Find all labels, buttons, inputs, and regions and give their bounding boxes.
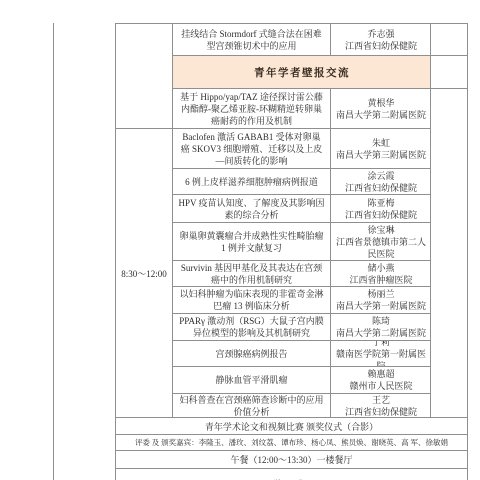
session-row: 静脉血管平滑肌瘤赖惠超赣州市人民医院 bbox=[173, 367, 431, 394]
host-column bbox=[430, 24, 468, 417]
presenter-name: 陈亚梅 bbox=[367, 197, 394, 209]
session-presenter: 乔志强江西省妇幼保健院 bbox=[331, 24, 431, 55]
time-range: 8:30～12:00 bbox=[116, 129, 172, 417]
presenter-name: 涂云霞 bbox=[367, 170, 394, 182]
next-section-partial-row: 学 术 bbox=[116, 468, 467, 480]
session-title: Baclofen 激活 GABAB1 受体对卵巢癌 SKOV3 细胞增殖、迁移以… bbox=[173, 129, 331, 168]
presenter-name: 黄根华 bbox=[367, 97, 394, 109]
session-row: 卵巢卵黄囊瘤合并成熟性实性畸胎瘤 1 例并文献复习徐宝琳江西省景德镇市第二人民医… bbox=[173, 223, 431, 261]
time-column: 8:30～12:00 bbox=[116, 24, 173, 417]
session-row: 6 例上皮样滋养细胞肿瘤病例报道涂云霞江西省妇幼保健院 bbox=[173, 169, 431, 195]
presenter-affiliation: 南昌大学第二附属医院 bbox=[336, 327, 426, 339]
session-row: PPARγ 激动剂（RSG）大鼠子宫内膜异位模型的影响及其机制研究陈琦南昌大学第… bbox=[173, 314, 431, 341]
presenter-affiliation: 赣南医学院第一附属医院 bbox=[333, 348, 429, 368]
presenter-affiliation: 江西省妇幼保健院 bbox=[345, 40, 417, 52]
session-title: 以妇科肿瘤为临床表现的非霍奇金淋巴瘤 13 例临床分析 bbox=[173, 287, 331, 313]
session-presenter: 储小燕江西省肿瘤医院 bbox=[331, 261, 431, 286]
poster-session-banner: 青年学者壁报交流 bbox=[173, 56, 431, 89]
presenter-affiliation: 江西省肿瘤医院 bbox=[349, 274, 412, 286]
session-presenter: 宁莉赣南医学院第一附属医院 bbox=[331, 341, 431, 366]
time-cell-empty bbox=[116, 24, 172, 129]
program-page: 8:30～12:00 挂线结合 Stormdorf 式缝合法在困难型宫颈锥切术中… bbox=[0, 0, 480, 480]
session-row: 基于 Hippo/yap/TAZ 途径探讨雷公藤内酯醇-聚乙烯亚胺-环糊精逆转卵… bbox=[173, 89, 431, 129]
session-row: Baclofen 激活 GABAB1 受体对卵巢癌 SKOV3 细胞增殖、迁移以… bbox=[173, 129, 431, 169]
presenter-affiliation: 江西省妇幼保健院 bbox=[345, 209, 417, 221]
session-presenter: 陈琦南昌大学第二附属医院 bbox=[331, 314, 431, 340]
session-title: 妇科普查在宫颈癌筛查诊断中的应用价值分析 bbox=[173, 394, 331, 417]
session-presenter: 徐宝琳江西省景德镇市第二人民医院 bbox=[331, 223, 431, 260]
awards-ceremony-row: 青年学术论文和视频比赛 颁奖仪式（合影） bbox=[116, 418, 467, 434]
presenter-name: 陈琦 bbox=[372, 315, 390, 327]
poster-session-banner-label: 青年学者壁报交流 bbox=[254, 65, 350, 80]
session-title: 宫颈腺癌病例报告 bbox=[173, 341, 331, 366]
session-row: Survivin 基因甲基化及其表达在宫颈癌中的作用机制研究储小燕江西省肿瘤医院 bbox=[173, 261, 431, 287]
footer-rows: 青年学术论文和视频比赛 颁奖仪式（合影） 评委 及 颁奖嘉宾：李隆玉、潘玫、刘纹… bbox=[116, 417, 467, 480]
presenter-name: 徐宝琳 bbox=[367, 224, 394, 236]
content-rows: 挂线结合 Stormdorf 式缝合法在困难型宫颈锥切术中的应用乔志强江西省妇幼… bbox=[173, 24, 431, 417]
presenter-affiliation: 江西省妇幼保健院 bbox=[345, 406, 417, 418]
host-cell-empty bbox=[431, 24, 468, 56]
presenter-name: 朱虹 bbox=[372, 137, 390, 149]
session-title: 卵巢卵黄囊瘤合并成熟性实性畸胎瘤 1 例并文献复习 bbox=[173, 223, 331, 260]
date-column bbox=[53, 23, 115, 480]
presenter-affiliation: 赣州市人民医院 bbox=[349, 380, 412, 392]
session-row: 宫颈腺癌病例报告宁莉赣南医学院第一附属医院 bbox=[173, 341, 431, 367]
session-presenter: 赖惠超赣州市人民医院 bbox=[331, 367, 431, 393]
session-row: HPV 疫苗认知度、了解度及其影响因素的综合分析陈亚梅江西省妇幼保健院 bbox=[173, 195, 431, 223]
session-row: 妇科普查在宫颈癌筛查诊断中的应用价值分析王艺江西省妇幼保健院 bbox=[173, 394, 431, 417]
presenter-name: 储小燕 bbox=[367, 262, 394, 274]
session-presenter: 陈亚梅江西省妇幼保健院 bbox=[331, 195, 431, 222]
session-presenter: 黄根华南昌大学第二附属医院 bbox=[331, 89, 431, 128]
judges-row: 评委 及 颁奖嘉宾：李隆玉、潘玫、刘纹荔、谭布珍、杨心凤、熊员焕、谢晓英、高 军… bbox=[116, 434, 467, 450]
presenter-name: 王艺 bbox=[372, 394, 390, 406]
host-cell-empty bbox=[431, 56, 468, 89]
presenter-name: 赖惠超 bbox=[367, 368, 394, 380]
session-title: PPARγ 激动剂（RSG）大鼠子宫内膜异位模型的影响及其机制研究 bbox=[173, 314, 331, 340]
session-row: 挂线结合 Stormdorf 式缝合法在困难型宫颈锥切术中的应用乔志强江西省妇幼… bbox=[173, 24, 431, 56]
presenter-affiliation: 江西省妇幼保健院 bbox=[345, 182, 417, 194]
session-title: HPV 疫苗认知度、了解度及其影响因素的综合分析 bbox=[173, 195, 331, 222]
session-title: 6 例上皮样滋养细胞肿瘤病例报道 bbox=[173, 169, 331, 194]
presenter-name: 乔志强 bbox=[367, 28, 394, 40]
presenter-name: 杨丽兰 bbox=[367, 288, 394, 300]
presenter-affiliation: 南昌大学第一附属医院 bbox=[336, 300, 426, 312]
session-presenter: 杨丽兰南昌大学第一附属医院 bbox=[331, 287, 431, 313]
program-table: 8:30～12:00 挂线结合 Stormdorf 式缝合法在困难型宫颈锥切术中… bbox=[115, 23, 468, 480]
session-title: 挂线结合 Stormdorf 式缝合法在困难型宫颈锥切术中的应用 bbox=[173, 24, 331, 55]
session-presenter: 王艺江西省妇幼保健院 bbox=[331, 394, 431, 417]
presenter-affiliation: 南昌大学第二附属医院 bbox=[336, 109, 426, 121]
session-title: 基于 Hippo/yap/TAZ 途径探讨雷公藤内酯醇-聚乙烯亚胺-环糊精逆转卵… bbox=[173, 89, 331, 128]
session-row: 以妇科肿瘤为临床表现的非霍奇金淋巴瘤 13 例临床分析杨丽兰南昌大学第一附属医院 bbox=[173, 287, 431, 314]
presenter-affiliation: 江西省景德镇市第二人民医院 bbox=[333, 236, 429, 260]
presenter-affiliation: 南昌大学第三附属医院 bbox=[336, 149, 426, 161]
lunch-row: 午餐（12:00～13:30）一楼餐厅 bbox=[116, 450, 467, 468]
session-presenter: 涂云霞江西省妇幼保健院 bbox=[331, 169, 431, 194]
session-presenter: 朱虹南昌大学第三附属医院 bbox=[331, 129, 431, 168]
session-title: Survivin 基因甲基化及其表达在宫颈癌中的作用机制研究 bbox=[173, 261, 331, 286]
session-title: 静脉血管平滑肌瘤 bbox=[173, 367, 331, 393]
